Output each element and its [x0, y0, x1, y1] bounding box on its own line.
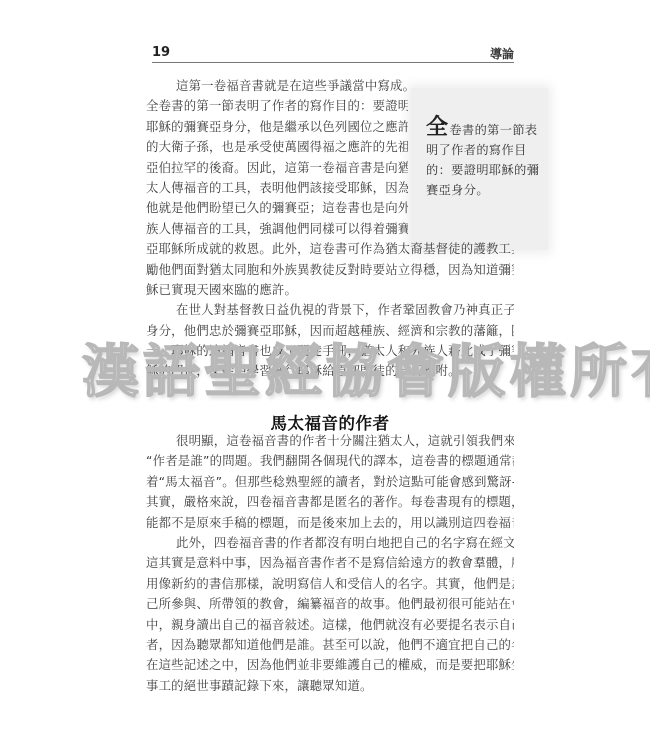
- text-line: 一。耶穌的這福音書也成了門徒手冊，猶太人和外族人藉此成了彌賽亞耶: [146, 341, 514, 361]
- text-line: 在這些記述之中，因為他們並非要維護自己的權威，而是要把耶穌生平和: [146, 655, 514, 675]
- text-line: 其實，嚴格來說，四卷福音書都是匿名的著作。每卷書現有的標題，很可: [146, 492, 514, 512]
- paragraph: 很明顯，這卷福音書的作者十分關注猶太人，這就引領我們來討論 “作者是誰”的問題。…: [146, 431, 514, 533]
- text-line: 在世人對基督教日益仇視的背景下，作者鞏固教會乃神真正子民的: [146, 300, 514, 320]
- text-line: 勵他們面對猶太同胞和外族異教徒反對時要站立得穩，因為知道彌賽亞耶: [146, 260, 514, 280]
- text-line: 全卷書的第一節表明了作者的寫作目的：要證明: [146, 96, 408, 116]
- text-line: 穌已實現天國來臨的應許。: [146, 280, 514, 300]
- text-line: 者，因為聽眾都知道他們是誰。甚至可以說，他們不適宜把自己的名字寫: [146, 635, 514, 655]
- text-line: 這其實是意料中事，因為福音書作者不是寫信給遠方的教會羣體，所以不: [146, 553, 514, 573]
- text-line: 亞耶穌所成就的救恩。此外，這卷書可作為猶太裔基督徒的護教工具，勉: [146, 239, 514, 259]
- header-rule: [152, 62, 514, 63]
- text-line: 用像新約的書信那樣，說明寫信人和受信人的名字。其實，他們是為了自: [146, 574, 514, 594]
- section-body-text: 很明顯，這卷福音書的作者十分關注猶太人，這就引領我們來討論 “作者是誰”的問題。…: [146, 431, 514, 696]
- body-text: 這第一卷福音書就是在這些爭議當中寫成。 全卷書的第一節表明了作者的寫作目的：要證…: [146, 76, 514, 382]
- text-line: 此外，四卷福音書的作者都沒有明白地把自己的名字寫在經文裏。: [146, 533, 514, 553]
- text-line: 很明顯，這卷福音書的作者十分關注猶太人，這就引領我們來討論: [146, 431, 514, 451]
- text-line: 太人傳福音的工具，表明他們該接受耶穌，因為: [146, 178, 408, 198]
- text-line: “作者是誰”的問題。我們翻開各個現代的譯本，這卷書的標題通常都寫: [146, 451, 514, 471]
- text-line: 耶穌的彌賽亞身分，他是繼承以色列國位之應許: [146, 117, 408, 137]
- text-line: 的大衛子孫，也是承受使萬國得福之應許的先祖: [146, 137, 408, 157]
- paragraph: 此外，四卷福音書的作者都沒有明白地把自己的名字寫在經文裏。 這其實是意料中事，因…: [146, 533, 514, 696]
- paragraph: 在世人對基督教日益仇視的背景下，作者鞏固教會乃神真正子民的 身分，他們忠於彌賽亞…: [146, 300, 514, 382]
- running-head: 導論: [468, 45, 514, 62]
- text-line: 身分，他們忠於彌賽亞耶穌，因而超越種族、經濟和宗教的藩籬，團結合: [146, 321, 514, 341]
- text-line: 穌的門徒，又從中學習遵行耶穌給原初門徒的一切吩咐。: [146, 361, 514, 381]
- paragraph: 亞耶穌所成就的救恩。此外，這卷書可作為猶太裔基督徒的護教工具，勉 勵他們面對猶太…: [146, 239, 514, 300]
- text-line: 事工的絕世事蹟記錄下來，讓聽眾知道。: [146, 676, 514, 696]
- text-line: 己所參與、所帶領的教會，編纂福音的故事。他們最初很可能站在會眾當: [146, 594, 514, 614]
- text-line: 亞伯拉罕的後裔。因此，這第一卷福音書是向猶: [146, 158, 408, 178]
- text-line: 這第一卷福音書就是在這些爭議當中寫成。: [146, 76, 438, 96]
- text-line: 族人傳福音的工具，強調他們同樣可以得着彌賽: [146, 219, 408, 239]
- paragraph: 這第一卷福音書就是在這些爭議當中寫成。 全卷書的第一節表明了作者的寫作目的：要證…: [146, 76, 514, 239]
- text-line: 他就是他們盼望已久的彌賽亞；這卷書也是向外: [146, 198, 408, 218]
- page-number: 19: [152, 45, 170, 60]
- text-line: 着“馬太福音”。但那些稔熟聖經的讀者，對於這點可能會感到驚訝——: [146, 472, 514, 492]
- text-line: 中，親身讀出自己的福音敍述。這樣，他們就沒有必要提名表示自己是作: [146, 615, 514, 635]
- text-line: 能都不是原來手稿的標題，而是後來加上去的，用以識別這四卷福音書。: [146, 513, 514, 533]
